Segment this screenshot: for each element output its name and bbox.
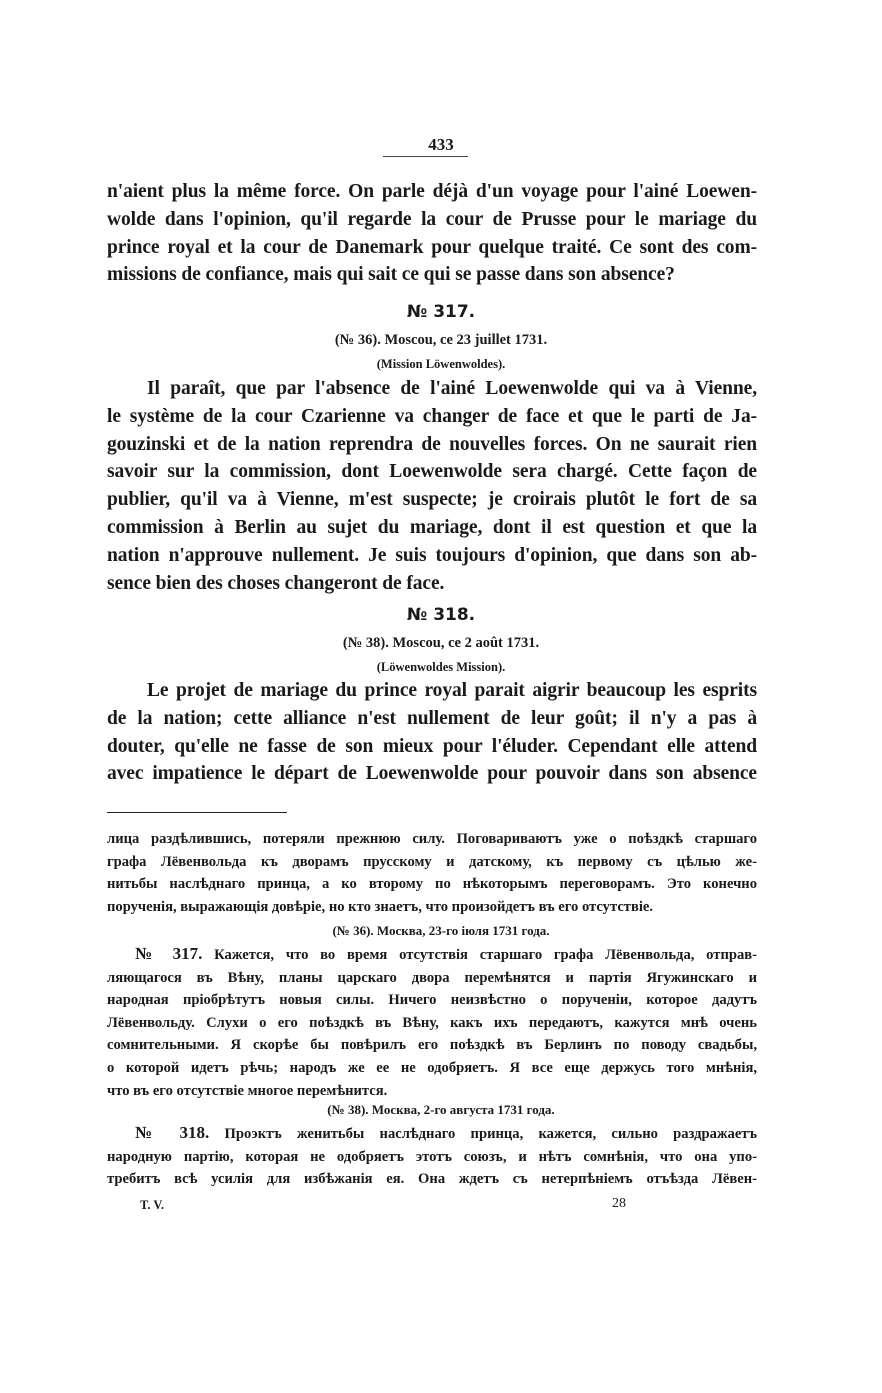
header-rule <box>383 156 468 157</box>
text-line: avec impatience le départ de Loewenwolde… <box>107 760 757 788</box>
text-line: ляющагося въ Вѣну, планы царскаго двора … <box>107 967 757 990</box>
document-318-body: Le projet de mariage du prince royal par… <box>107 677 757 788</box>
text-line: sence bien des choses changeront de face… <box>107 570 757 598</box>
russian-317-dateline: (№ 36). Москва, 23-го іюля 1731 года. <box>0 923 882 939</box>
russian-intro-paragraph: лица раздѣлившись, потеряли прежнюю силу… <box>107 828 757 918</box>
text-line: publier, qu'il va à Vienne, m'est suspec… <box>107 486 757 514</box>
text-line: missions de confiance, mais qui sait ce … <box>107 261 757 289</box>
text-line: Кажется, что во время отсутствія старшаг… <box>214 947 757 963</box>
text-line: Il paraît, que par l'absence de l'ainé L… <box>107 375 757 403</box>
text-line: Le projet de mariage du prince royal par… <box>107 677 757 705</box>
text-line: порученія, выражающія довѣріе, но кто зн… <box>107 896 757 919</box>
intro-french-paragraph: n'aient plus la même force. On parle déj… <box>107 178 757 289</box>
text-line: prince royal et la cour de Danemark pour… <box>107 234 757 262</box>
russian-317-number: № 317. <box>135 944 202 963</box>
russian-318-dateline: (№ 38). Москва, 2-го августа 1731 года. <box>0 1102 882 1118</box>
text-line: de la nation; cette alliance n'est nulle… <box>107 705 757 733</box>
document-318-heading: № 318. <box>0 605 882 625</box>
text-line: народную партію, которая не одобряетъ эт… <box>107 1146 757 1169</box>
text-line: графа Лёвенвольда къ дворамъ прусскому и… <box>107 851 757 874</box>
document-317-heading: № 317. <box>0 302 882 322</box>
text-line: commission à Berlin au sujet du mariage,… <box>107 514 757 542</box>
text-line: нитьбы наслѣднаго принца, а ко второму п… <box>107 873 757 896</box>
document-317-dateline: (№ 36). Moscou, ce 23 juillet 1731. <box>0 332 882 349</box>
document-318-dateline: (№ 38). Moscou, ce 2 août 1731. <box>0 635 882 652</box>
text-line: Лёвенвольду. Слухи о его поѣздкѣ въ Вѣну… <box>107 1012 757 1035</box>
russian-318-number: № 318. <box>135 1123 209 1142</box>
document-317-body: Il paraît, que par l'absence de l'ainé L… <box>107 375 757 597</box>
text-line: что въ его отсутствіе многое перемѣнится… <box>107 1080 757 1103</box>
russian-318-body: № 318. Проэктъ женитьбы наслѣднаго принц… <box>107 1122 757 1191</box>
text-line: nation n'approuve nullement. Je suis tou… <box>107 542 757 570</box>
text-line: о которой идетъ рѣчь; народъ же ее не од… <box>107 1057 757 1080</box>
text-line: gouzinski et de la nation reprendra de n… <box>107 431 757 459</box>
footnote-rule <box>107 812 287 813</box>
quire-number: 28 <box>612 1196 626 1212</box>
text-line: wolde dans l'opinion, qu'il regarde la c… <box>107 206 757 234</box>
text-line: n'aient plus la même force. On parle déj… <box>107 178 757 206</box>
text-line: требитъ всѣ усилія для избѣжанія ея. Она… <box>107 1168 757 1191</box>
page-number: 433 <box>0 135 882 155</box>
text-line: douter, qu'elle ne fasse de son mieux po… <box>107 733 757 761</box>
russian-317-body: № 317. Кажется, что во время отсутствія … <box>107 943 757 1102</box>
text-line: сомнительными. Я скорѣе бы повѣрилъ его … <box>107 1034 757 1057</box>
text-line: народная пріобрѣтутъ новыя силы. Ничего … <box>107 989 757 1012</box>
text-line: Проэктъ женитьбы наслѣднаго принца, каже… <box>224 1126 757 1142</box>
text-line: le système de la cour Czarienne va chang… <box>107 403 757 431</box>
text-line: лица раздѣлившись, потеряли прежнюю силу… <box>107 828 757 851</box>
volume-signature: T. V. <box>140 1198 164 1213</box>
document-317-subtitle: (Mission Löwenwoldes). <box>0 357 882 372</box>
text-line: savoir sur la commission, dont Loewenwol… <box>107 458 757 486</box>
document-318-subtitle: (Löwenwoldes Mission). <box>0 660 882 675</box>
document-page: 433 n'aient plus la même force. On parle… <box>0 0 882 1393</box>
